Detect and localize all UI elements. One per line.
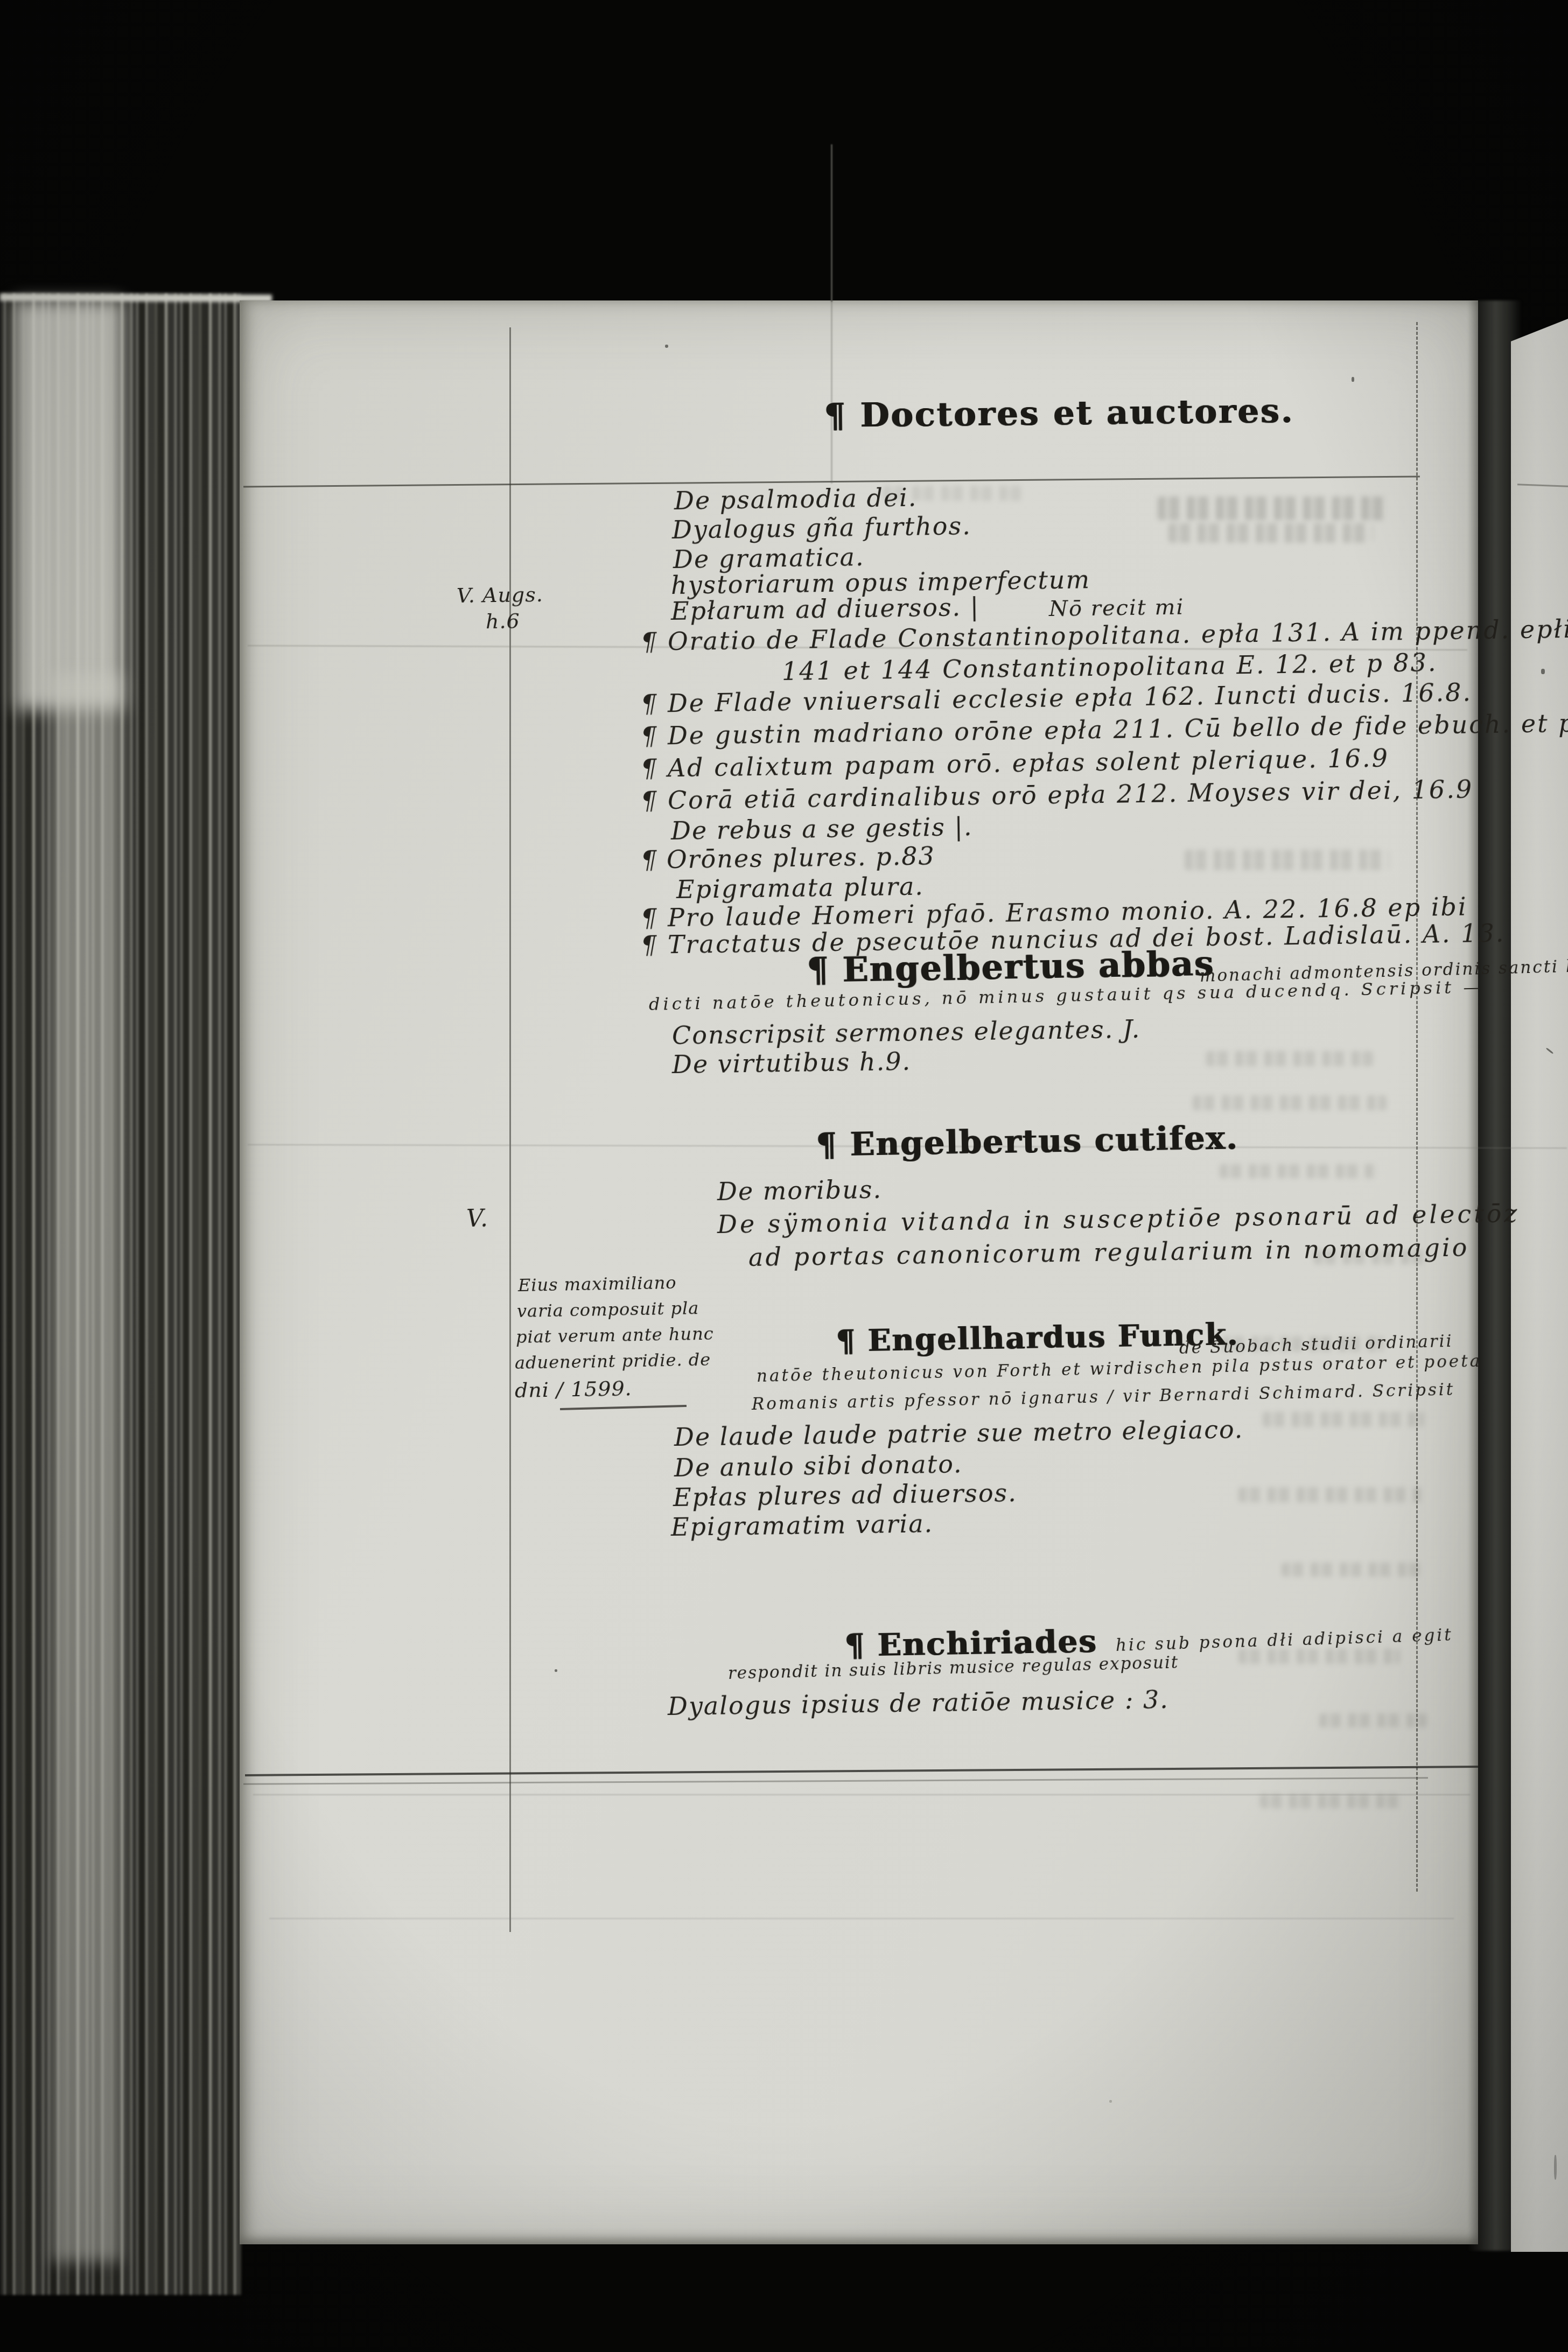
page-edge-highlight-column (51, 673, 121, 2262)
ink-speck (1541, 669, 1545, 674)
entry-line: De psalmodia dei. (674, 483, 918, 515)
margin-shelfmark: h.6 (486, 609, 520, 633)
ink-speck (1352, 377, 1354, 382)
margin-note-line: varia composuit pla (517, 1298, 699, 1321)
entry-side-note: Nō recit mi (1049, 594, 1185, 621)
entry-line: Epłarum ad diuersos. | (671, 592, 980, 626)
bleedthrough-ghost-line (1238, 1649, 1400, 1664)
edge-mark (1554, 2155, 1557, 2180)
page-title: ¶ Doctores et auctores. (824, 391, 1294, 435)
section-heading: ¶ Engelbertus cutifex. (815, 1119, 1238, 1164)
ink-speck (665, 345, 668, 348)
margin-note-line: piat verum ante hunc (516, 1324, 714, 1347)
entry-line: De virtutibus h.9. (672, 1047, 912, 1079)
section-heading: ¶ Engellhardus Funck. (835, 1317, 1238, 1359)
bleedthrough-ghost-line (1185, 850, 1389, 870)
margin-note-line: Eius maximiliano (518, 1272, 677, 1296)
right-margin-rule-dashed (1416, 322, 1418, 1892)
manuscript-photo: ¶ Doctores et auctores. V. Augs. h.6 De … (0, 0, 1568, 2352)
bleedthrough-ghost-line (1238, 1487, 1422, 1502)
margin-shelfmark: V. Augs. (457, 583, 543, 607)
bleedthrough-ghost-line (1263, 1412, 1424, 1427)
bleedthrough-ghost-line (1168, 523, 1373, 543)
page-edge-highlight (15, 300, 123, 710)
paper-crease-vertical (831, 300, 832, 484)
entry-line: ¶ Orōnes plures. p.83 (641, 841, 936, 874)
film-scratch (831, 144, 832, 302)
bleedthrough-ghost-line (1193, 1095, 1387, 1110)
book-top-edge (0, 293, 272, 302)
entry-line: Dyalogus gña furthos. (672, 511, 971, 544)
entry-line: Epigramata plura. (676, 872, 925, 904)
bleedthrough-ghost-line (1158, 496, 1389, 520)
margin-note-line: aduenerint pridie. de (515, 1349, 711, 1373)
entry-line: Epigramatim varia. (671, 1509, 934, 1542)
ink-speck (555, 1669, 557, 1672)
entry-line: Epłas plures ad diuersos. (673, 1478, 1018, 1512)
entry-line: De anulo sibi donato. (674, 1450, 963, 1482)
bleedthrough-ghost-line (1319, 1713, 1427, 1727)
margin-note-date: dni / 1599. (515, 1376, 632, 1402)
margin-mark: V. (466, 1205, 489, 1233)
next-page-sliver (1511, 319, 1568, 2252)
left-margin-rule (509, 327, 513, 1932)
entry-line: De rebus a se gestis |. (671, 812, 973, 845)
entry-line: De moribus. (717, 1175, 883, 1206)
ink-speck (1109, 2100, 1112, 2103)
paper-crease (269, 1918, 1454, 1919)
bleedthrough-ghost-line (1206, 1051, 1373, 1066)
bleedthrough-ghost-line (1220, 1164, 1376, 1178)
bleedthrough-ghost-line (1282, 1563, 1422, 1577)
bleedthrough-ghost-line (1260, 1794, 1400, 1808)
